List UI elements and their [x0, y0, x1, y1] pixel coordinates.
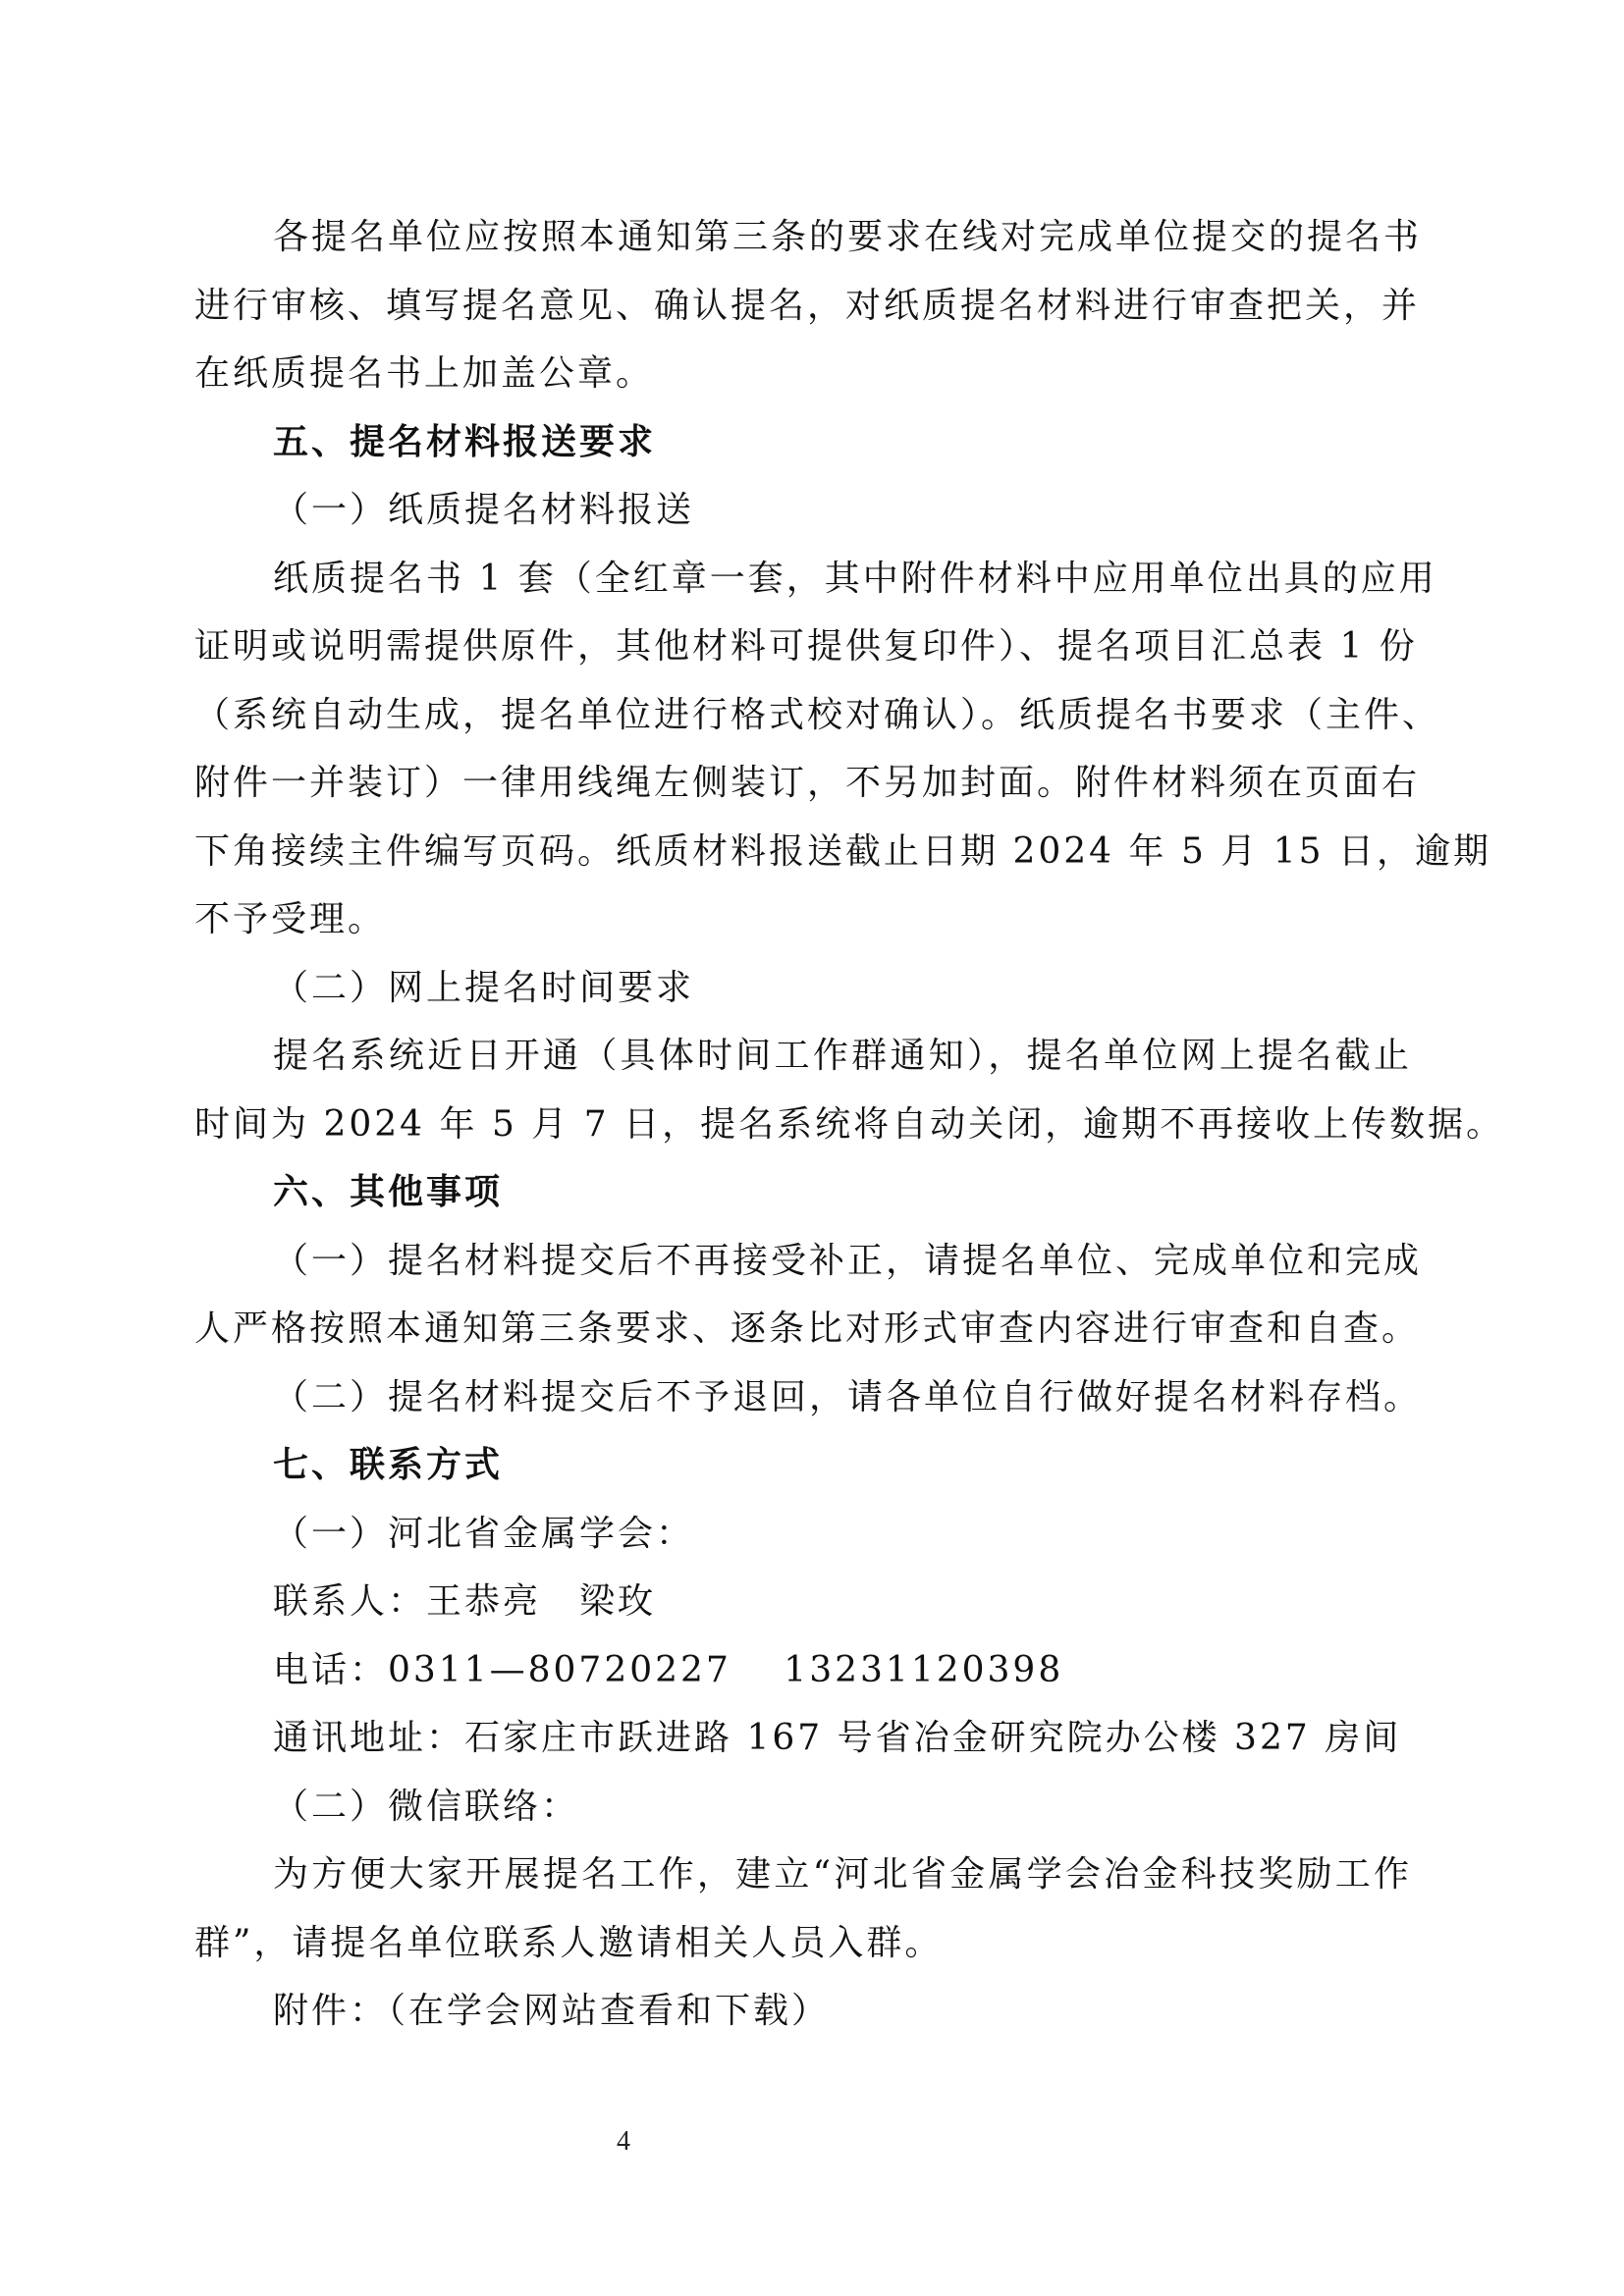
subsection-heading: （二）微信联络： — [194, 1773, 1412, 1842]
attachment-note: 附件：（在学会网站查看和下载） — [194, 1977, 1412, 2046]
document-page: 各提名单位应按照本通知第三条的要求在线对完成单位提交的提名书 进行审核、填写提名… — [0, 0, 1624, 2296]
paragraph-line: 在纸质提名书上加盖公章。 — [194, 340, 1412, 408]
paragraph-line: 群”，请提名单位联系人邀请相关人员入群。 — [194, 1909, 1412, 1978]
document-body: 各提名单位应按照本通知第三条的要求在线对完成单位提交的提名书 进行审核、填写提名… — [194, 203, 1412, 2046]
paragraph-line: 为方便大家开展提名工作，建立“河北省金属学会冶金科技奖励工作 — [194, 1841, 1412, 1909]
paragraph-line: 不予受理。 — [194, 885, 1412, 954]
paragraph-line: 纸质提名书 1 套（全红章一套，其中附件材料中应用单位出具的应用 — [194, 545, 1412, 614]
paragraph-line: 时间为 2024 年 5 月 7 日，提名系统将自动关闭，逾期不再接收上传数据。 — [194, 1091, 1412, 1159]
subsection-heading: （一）纸质提名材料报送 — [194, 476, 1412, 545]
paragraph-line: 各提名单位应按照本通知第三条的要求在线对完成单位提交的提名书 — [194, 203, 1412, 272]
paragraph-line: 进行审核、填写提名意见、确认提名，对纸质提名材料进行审查把关，并 — [194, 272, 1412, 341]
contact-address: 通讯地址：石家庄市跃进路 167 号省冶金研究院办公楼 327 房间 — [194, 1704, 1412, 1773]
paragraph-line: （一）提名材料提交后不再接受补正，请提名单位、完成单位和完成 — [194, 1227, 1412, 1296]
paragraph-line: 提名系统近日开通（具体时间工作群通知），提名单位网上提名截止 — [194, 1022, 1412, 1091]
paragraph-line: 下角接续主件编写页码。纸质材料报送截止日期 2024 年 5 月 15 日，逾期 — [194, 818, 1412, 886]
section-heading-7: 七、联系方式 — [194, 1431, 1412, 1500]
subsection-heading: （一）河北省金属学会： — [194, 1500, 1412, 1569]
contact-phone: 电话：0311—80720227 13231120398 — [194, 1636, 1412, 1705]
contact-person: 联系人：王恭亮 梁玫 — [194, 1568, 1412, 1636]
paragraph-line: （系统自动生成，提名单位进行格式校对确认）。纸质提名书要求（主件、 — [194, 681, 1412, 750]
subsection-heading: （二）网上提名时间要求 — [194, 954, 1412, 1023]
paragraph-line: 人严格按照本通知第三条要求、逐条比对形式审查内容进行审查和自查。 — [194, 1295, 1412, 1363]
paragraph-line: （二）提名材料提交后不予退回，请各单位自行做好提名材料存档。 — [194, 1363, 1412, 1432]
section-heading-6: 六、其他事项 — [194, 1158, 1412, 1227]
paragraph-line: 证明或说明需提供原件，其他材料可提供复印件）、提名项目汇总表 1 份 — [194, 613, 1412, 681]
paragraph-line: 附件一并装订）一律用线绳左侧装订，不另加封面。附件材料须在页面右 — [194, 749, 1412, 818]
page-number: 4 — [609, 2126, 638, 2158]
section-heading-5: 五、提名材料报送要求 — [194, 408, 1412, 477]
